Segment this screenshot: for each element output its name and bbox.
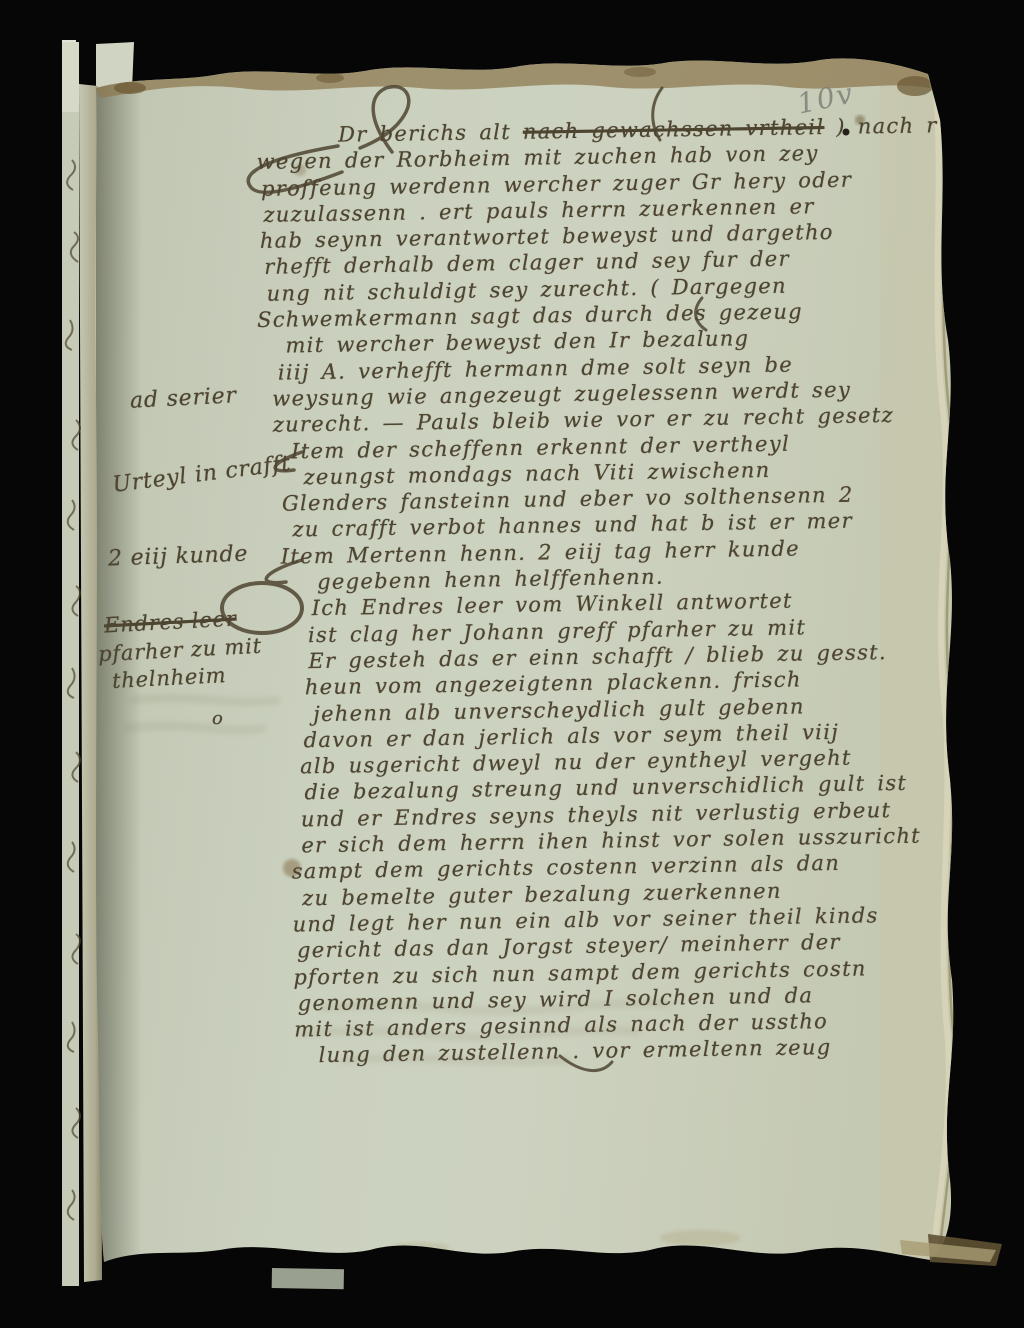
margin-note: Endres leer [103,607,237,638]
manuscript-line-text: gegebenn henn helffenhenn. [317,565,664,594]
text-block: Dr berichs alt nach gewachssen vrtheil )… [252,113,957,1070]
manuscript-line-text: Dr berichs alt [338,120,523,147]
manuscript-line-text: nach gewachssen vrtheil [523,115,825,144]
margin-note: 2 eiij kunde [108,542,249,572]
margin-note: ad serier [129,383,237,414]
manuscript-photo: 10v Dr berichs alt nach gewachssen vrthe… [0,0,1024,1328]
text-overlay: 10v Dr berichs alt nach gewachssen vrthe… [0,0,1024,1328]
margin-note: thelnheim [111,663,227,693]
manuscript-line-text: ) nach r [824,113,938,139]
margin-note: o [212,708,224,729]
margin-note: pfarher zu mit [97,634,262,667]
